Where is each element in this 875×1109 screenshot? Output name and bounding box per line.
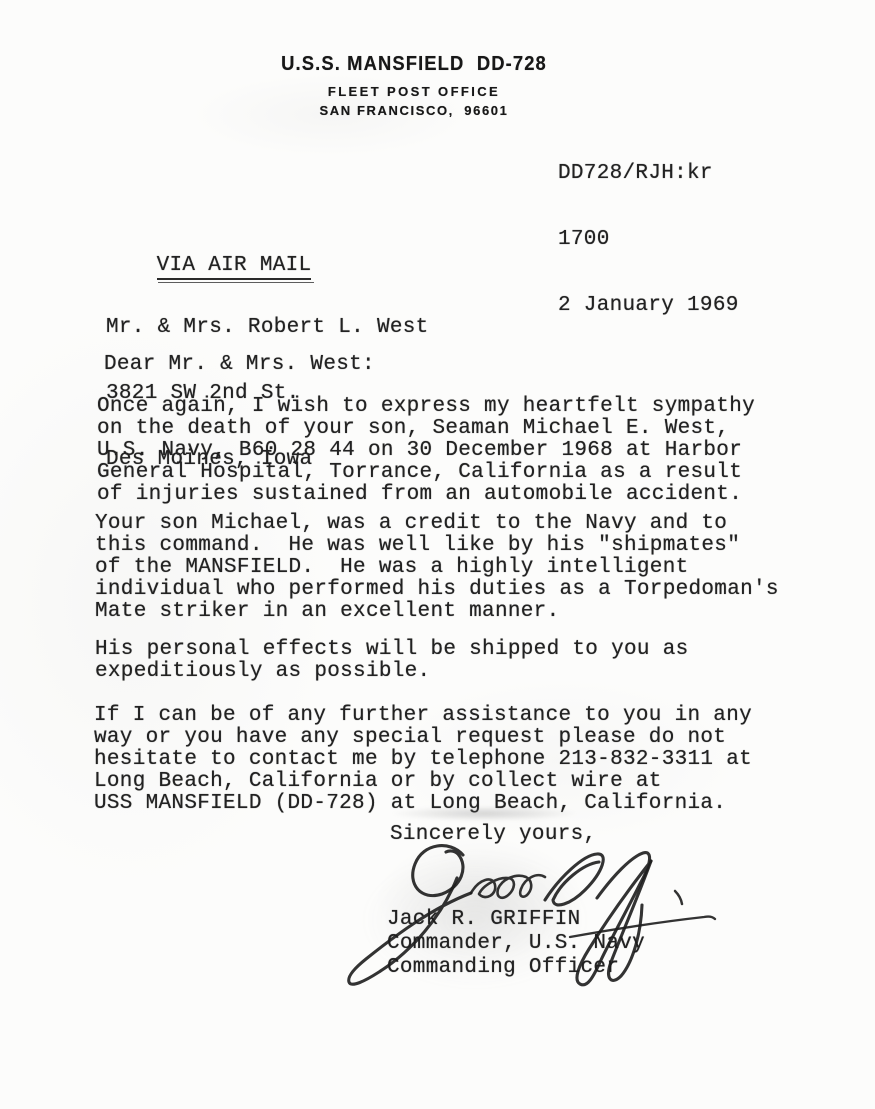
scanned-letter-page: U.S.S. MANSFIELD DD-728 FLEET POST OFFIC…: [0, 0, 875, 1109]
reference-serial: 1700: [558, 229, 739, 251]
letterhead-fleet-post-office: FLEET POST OFFICE: [0, 84, 828, 99]
body-paragraph-4: If I can be of any further assistance to…: [94, 705, 752, 815]
ship-name: U.S.S. MANSFIELD DD-728: [33, 53, 795, 76]
reference-file-number: DD728/RJH:kr: [558, 163, 739, 185]
body-paragraph-2: Your son Michael, was a credit to the Na…: [95, 513, 779, 623]
reference-block: DD728/RJH:kr 1700 2 January 1969: [558, 119, 739, 361]
salutation: Dear Mr. & Mrs. West:: [104, 354, 375, 376]
handwritten-signature: [330, 838, 730, 998]
scan-smudge: [392, 806, 577, 821]
body-paragraph-1: Once again, I wish to express my heartfe…: [97, 396, 755, 506]
letterhead: U.S.S. MANSFIELD DD-728 FLEET POST OFFIC…: [0, 0, 828, 130]
letterhead-city-zip: SAN FRANCISCO, 96601: [0, 103, 828, 118]
recipient-name: Mr. & Mrs. Robert L. West: [106, 317, 429, 339]
letter-date: 2 January 1969: [558, 295, 739, 317]
body-paragraph-3: His personal effects will be shipped to …: [95, 639, 689, 683]
